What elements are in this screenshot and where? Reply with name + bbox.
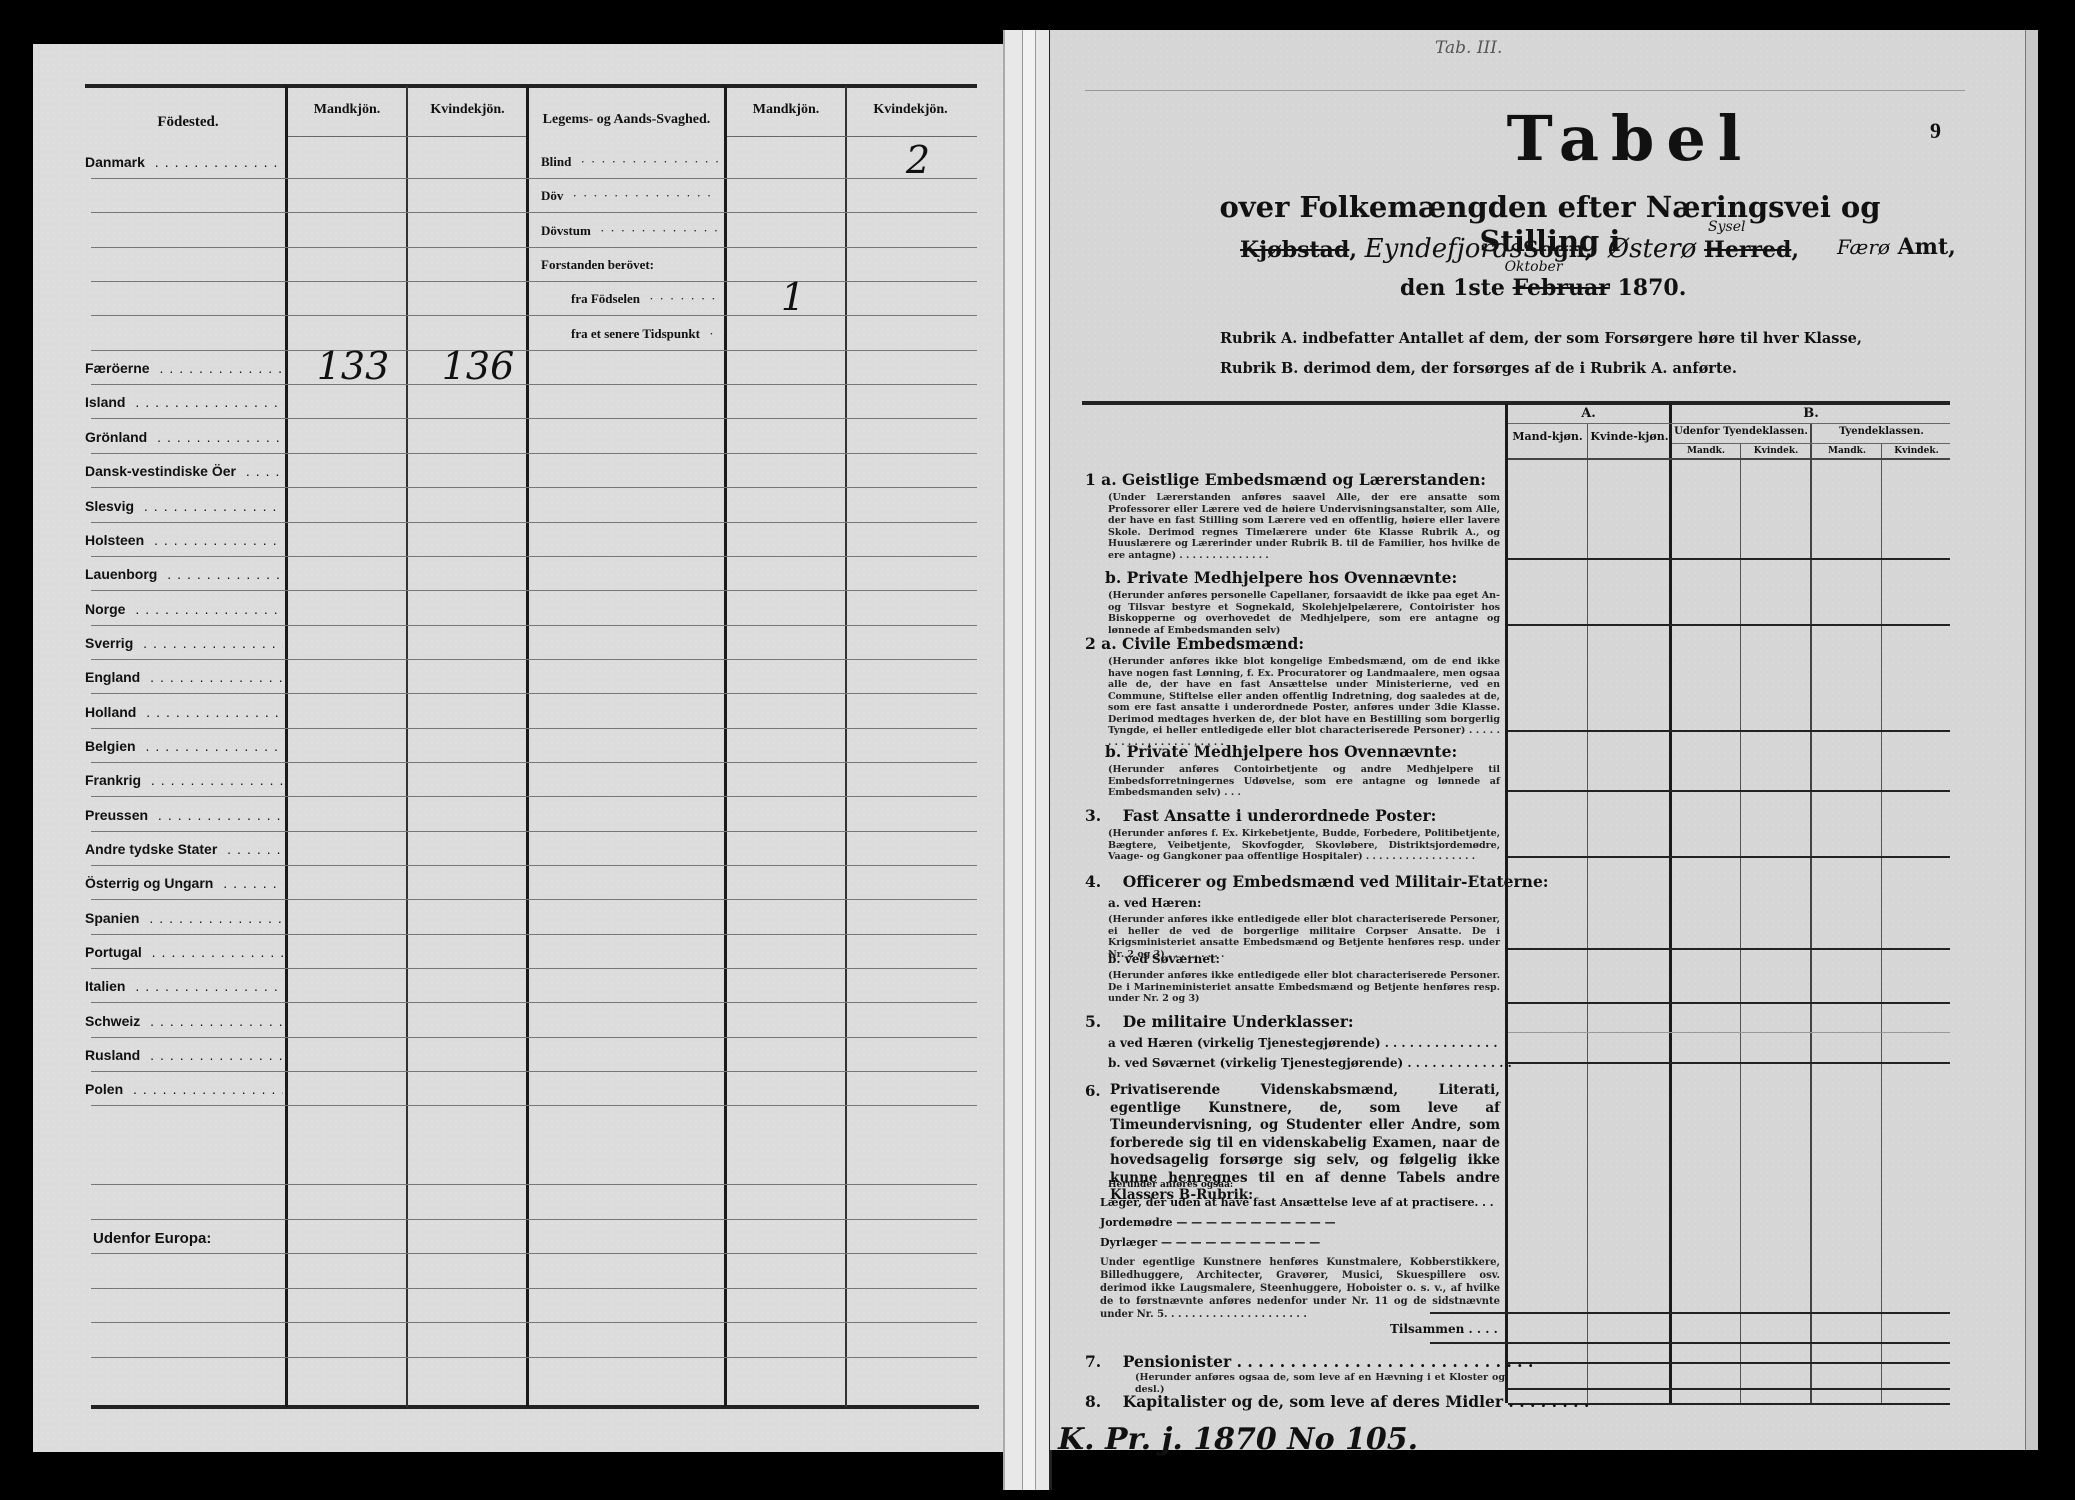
birthplace-label: Dansk-vestindiske Öer ..................…: [85, 463, 283, 479]
col-divider: [1881, 443, 1882, 1403]
birthplace-label: Preussen .................. ············…: [85, 807, 283, 823]
row-rule: [91, 1002, 977, 1003]
column-divider: [285, 86, 288, 1407]
category-number: 2 a.: [1085, 634, 1117, 653]
row-rule: [1508, 1388, 1950, 1390]
leader-dots: ··············: [563, 188, 717, 203]
row-rule: [91, 728, 977, 729]
category-number: 8.: [1085, 1392, 1101, 1411]
left-page-birthplace-table: Födested. Mandkjön. Kvindekjön. Legems- …: [33, 44, 1003, 1452]
birthplace-female-count: 136: [433, 344, 523, 388]
birthplace-label: Italien .................. ·············…: [85, 978, 283, 994]
birthplace-label: Belgien .................. ·············…: [85, 738, 283, 754]
birthplace-label: Færöerne .................. ············…: [85, 360, 283, 376]
header-a-female: Kvinde-kjøn.: [1590, 430, 1669, 443]
category-6-artists-note: Under egentlige Kunstnere henføres Kunst…: [1100, 1256, 1500, 1321]
category-4a: a. ved Hæren:: [1108, 896, 1201, 910]
row-rule: [1508, 624, 1950, 626]
category-8: 8. Kapitalister og de, som leve af deres…: [1085, 1392, 1589, 1411]
row-rule: [91, 418, 977, 419]
birthplace-label: Norge .................. ···············…: [85, 601, 283, 617]
leader-dots: ..................: [150, 360, 283, 376]
row-rule: [91, 865, 977, 866]
month-handwritten: Oktober: [1505, 259, 1563, 275]
birthplace-label: Holland .................. ·············…: [85, 704, 283, 720]
row-rule: [91, 247, 977, 248]
header-female: Kvindekjön.: [409, 102, 526, 118]
category-number: 5.: [1085, 1012, 1101, 1031]
leader-dots: ..................: [140, 1013, 283, 1029]
category-number: 3.: [1085, 806, 1101, 825]
herred-struck: Herred: [1704, 237, 1791, 263]
birthplace-label: Lauenborg .................. ···········…: [85, 566, 283, 582]
row-rule: [91, 350, 977, 351]
category-title: Kapitalister og de, som leve af deres Mi…: [1123, 1392, 1590, 1411]
header-bottom-rule: [1508, 458, 1950, 460]
infirmity-label: fra Födselen ··············: [571, 291, 721, 307]
leader-dots: ..................: [136, 704, 283, 720]
kjobstad-struck: Kjøbstad: [1240, 237, 1349, 263]
leader-dots: ..................: [144, 532, 283, 548]
document-title: Tabel: [1430, 102, 1830, 175]
leader-dots: ··············: [591, 223, 721, 238]
header-rule: [1672, 443, 1950, 444]
infirmity-label: Döv ··············: [541, 188, 721, 204]
row-rule: [91, 1357, 977, 1358]
category-3: 3. Fast Ansatte i underordnede Poster:: [1085, 806, 1436, 825]
leader-dots: ..................: [134, 498, 283, 514]
category-2b: b. Private Medhjelpere hos Ovennævnte:: [1105, 742, 1457, 761]
category-5a: a ved Hæren (virkelig Tjenestegjørende) …: [1108, 1036, 1498, 1050]
row-rule: [1508, 948, 1950, 950]
rubric-note-b: Rubrik B. derimod dem, der forsørges af …: [1220, 360, 1737, 377]
category-note: (Under Lærerstanden anføres saavel Alle,…: [1108, 492, 1500, 561]
herred-handwritten: Østerø: [1608, 234, 1697, 264]
birthplace-label: Holsteen .................. ············…: [85, 532, 283, 548]
row-rule: [91, 1037, 977, 1038]
header-infirmity: Legems- og Aands-Svaghed.: [529, 112, 724, 128]
row-rule: [91, 281, 977, 282]
category-6-total: Tilsammen . . . .: [1390, 1322, 1498, 1336]
row-rule: [1508, 730, 1950, 732]
category-note: (Herunder anføres Contoirbetjente og and…: [1108, 764, 1500, 799]
faint-rule: [1085, 90, 1965, 91]
header-b-outside-male: Mandk.: [1672, 446, 1740, 456]
row-rule: [91, 1219, 977, 1220]
row-rule: [1508, 856, 1950, 858]
leader-dots: ..................: [142, 944, 283, 960]
row-rule: [91, 968, 977, 969]
leader-dots: ..................: [157, 566, 283, 582]
top-rule: [85, 84, 977, 88]
category-6-also-label: Herunder anføres ogsaa:: [1108, 1180, 1233, 1190]
leader-dots: ..................: [148, 807, 283, 823]
category-7: 7. Pensionister . . . . . . . . . . . . …: [1085, 1352, 1533, 1371]
header-birthplace: Födested.: [93, 114, 283, 131]
leader-dots: ..................: [145, 154, 283, 170]
date-prefix: den 1ste: [1400, 275, 1505, 301]
binding-gutter-inner: [1022, 30, 1036, 1490]
leader-dots: ..................: [147, 429, 283, 445]
birthplace-label: Rusland .................. ·············…: [85, 1047, 283, 1063]
column-divider: [724, 86, 727, 1407]
row-rule: [91, 831, 977, 832]
header-male: Mandkjön.: [288, 102, 406, 118]
category-title: Private Medhjelpere hos Ovennævnte:: [1127, 742, 1458, 761]
leader-dots: ··············: [700, 326, 721, 341]
amt-label: Amt,: [1898, 234, 1956, 260]
month-struck: Februar: [1513, 275, 1610, 301]
page-number: 9: [1930, 118, 1941, 144]
row-rule: [91, 1322, 977, 1323]
birthplace-male-count: 133: [308, 344, 398, 388]
row-rule: [1508, 1362, 1950, 1364]
row-rule: [91, 522, 977, 523]
category-note: (Herunder anføres ikke entledigede eller…: [1108, 970, 1500, 1005]
leader-dots: ..................: [125, 601, 283, 617]
birthplace-label: Grönland .................. ············…: [85, 429, 283, 445]
leader-dots: ..................: [140, 1047, 283, 1063]
header-underline: [288, 136, 526, 137]
row-rule: [1430, 1312, 1950, 1314]
birthplace-label: Island .................. ··············…: [85, 394, 283, 410]
row-rule: [91, 762, 977, 763]
birthplace-label: Polen .................. ···············…: [85, 1081, 283, 1097]
leader-dots: ..................: [125, 394, 283, 410]
category-6-item: Jordemødre — — — — — — — — — — —: [1100, 1216, 1336, 1229]
birthplace-label: Danmark .................. ·············…: [85, 154, 283, 170]
row-rule: [91, 659, 977, 660]
header-b-servant-female: Kvindek.: [1883, 446, 1950, 456]
birthplace-label: Schweiz .................. ·············…: [85, 1013, 283, 1029]
amt-handwritten: Færø: [1837, 235, 1890, 259]
row-rule: [91, 556, 977, 557]
header-b-outside: Udenfor Tyendeklassen.: [1672, 426, 1810, 437]
header-infirmity-male: Mandkjön.: [727, 102, 845, 118]
row-rule: [91, 178, 977, 179]
leader-dots: ..................: [123, 1081, 283, 1097]
row-rule: [91, 315, 977, 316]
header-b-servant-male: Mandk.: [1813, 446, 1881, 456]
herred-overwrite: Sysel: [1708, 219, 1745, 235]
header-b-servant: Tyendeklassen.: [1813, 426, 1950, 437]
row-rule: [91, 899, 977, 900]
table-top-rule: [1082, 401, 1950, 405]
column-divider: [526, 86, 529, 1407]
row-rule: [91, 1105, 977, 1106]
amt-line: Færø Amt,: [1837, 234, 1956, 260]
row-rule: [1508, 1062, 1950, 1064]
leader-dots: ..................: [139, 910, 283, 926]
category-6-item: Læger, der uden at have fast Ansættelse …: [1100, 1196, 1494, 1209]
birthplace-label: Spanien .................. ·············…: [85, 910, 283, 926]
leader-dots: ..................: [213, 875, 283, 891]
header-underline: [727, 136, 977, 137]
leader-dots: ..................: [236, 463, 283, 479]
birthplace-label: Andre tydske Stater .................. ·…: [85, 841, 283, 857]
infirmity-label: Dövstum ··············: [541, 223, 721, 239]
leader-dots: ..................: [140, 669, 283, 685]
birthplace-label: Österrig og Ungarn .................. ··…: [85, 875, 283, 891]
category-4: 4. Officerer og Embedsmænd ved Militair-…: [1085, 872, 1549, 891]
leader-dots: ..................: [136, 738, 283, 754]
infirmity-label: Blind ··············: [541, 154, 721, 170]
category-6-number: 6.: [1085, 1082, 1101, 1100]
row-rule: [91, 1071, 977, 1072]
category-number: 1 a.: [1085, 470, 1117, 489]
header-b-outside-female: Kvindek.: [1742, 446, 1810, 456]
row-rule: [1508, 558, 1950, 560]
category-title: Private Medhjelpere hos Ovennævnte:: [1127, 568, 1458, 587]
category-5: 5. De militaire Underklasser:: [1085, 1012, 1354, 1031]
archive-reference: K. Pr. j. 1870 No 105.: [1058, 1422, 1418, 1457]
header-b: B.: [1672, 406, 1950, 421]
row-rule: [91, 487, 977, 488]
birthplace-label: Sverrig .................. ·············…: [85, 635, 283, 651]
category-title: Geistlige Embedsmænd og Lærerstanden:: [1122, 470, 1486, 489]
category-note: (Herunder anføres personelle Capellaner,…: [1108, 590, 1500, 636]
row-rule: [91, 1184, 977, 1185]
row-rule: [1508, 790, 1950, 792]
header-a-male: Mand-kjøn.: [1508, 430, 1587, 443]
category-title: Civile Embedsmænd:: [1122, 634, 1304, 653]
header-a: A.: [1508, 406, 1669, 421]
category-note: (Herunder anføres ikke blot kongelige Em…: [1108, 656, 1500, 748]
row-subrule: [1508, 1032, 1950, 1033]
birthplace-label: Portugal .................. ············…: [85, 944, 283, 960]
col-divider: [1810, 423, 1812, 1403]
column-divider: [406, 86, 408, 1407]
date-line: den 1ste FebruarOktober 1870.: [1400, 275, 1686, 301]
header-infirmity-female: Kvindekjön.: [848, 102, 973, 118]
col-divider: [1587, 423, 1588, 1403]
row-rule: [91, 590, 977, 591]
row-rule: [91, 1288, 977, 1289]
sogn-handwritten: Eyndefjords: [1365, 234, 1523, 264]
infirmity-label: Forstanden berövet:: [541, 257, 721, 273]
category-title: Officerer og Embedsmænd ved Militair-Eta…: [1123, 872, 1549, 891]
row-rule: [91, 934, 977, 935]
col-divider-ab: [1669, 403, 1672, 1403]
birthplace-label: Frankrig .................. ············…: [85, 772, 283, 788]
leader-dots: ..................: [125, 978, 283, 994]
infirmity-female-count: 2: [873, 138, 963, 182]
row-rule: [91, 625, 977, 626]
category-5b: b. ved Søværnet (virkelig Tjenestegjøren…: [1108, 1056, 1512, 1070]
archive-mark: Tab. III.: [1435, 38, 1502, 58]
header-rule: [1508, 423, 1950, 424]
category-1a: 1 a. Geistlige Embedsmænd og Lærerstande…: [1085, 470, 1486, 489]
leader-dots: ..................: [141, 772, 283, 788]
row-rule: [91, 384, 977, 385]
rubric-note-a: Rubrik A. indbefatter Antallet af dem, d…: [1220, 330, 1862, 347]
outside-europe-label: Udenfor Europa:: [93, 1230, 211, 1247]
leader-dots: ..................: [217, 841, 283, 857]
row-rule: [91, 1253, 977, 1254]
row-rule: [91, 693, 977, 694]
category-title: Pensionister . . . . . . . . . . . . . .…: [1123, 1352, 1534, 1371]
date-year: 1870.: [1617, 275, 1686, 301]
category-2a: 2 a. Civile Embedsmænd:: [1085, 634, 1304, 653]
category-4b: b. ved Søværnet:: [1108, 952, 1220, 966]
leader-dots: ··············: [571, 154, 721, 169]
row-rule: [1508, 1002, 1950, 1004]
category-1b: b. Private Medhjelpere hos Ovennævnte:: [1105, 568, 1457, 587]
category-title: De militaire Underklasser:: [1123, 1012, 1354, 1031]
row-rule: [91, 453, 977, 454]
page-edge: [2025, 30, 2038, 1450]
column-divider: [845, 86, 847, 1407]
right-page-occupation-table: Tab. III. 9 Tabel over Folkemængden efte…: [1050, 30, 2025, 1450]
category-note: (Herunder anføres f. Ex. Kirkebetjente, …: [1108, 828, 1500, 863]
col-divider: [1740, 443, 1741, 1403]
birthplace-label: England .................. ·············…: [85, 669, 283, 685]
category-number: 7.: [1085, 1352, 1101, 1371]
leader-dots: ··············: [640, 291, 721, 306]
category-number: b.: [1105, 742, 1121, 761]
leader-dots: ..................: [133, 635, 283, 651]
row-rule: [1430, 1342, 1950, 1344]
row-rule: [91, 796, 977, 797]
infirmity-male-count: 1: [748, 275, 838, 319]
birthplace-label: Slesvig .................. ·············…: [85, 498, 283, 514]
col-divider-label: [1505, 403, 1508, 1403]
category-title: Fast Ansatte i underordnede Poster:: [1123, 806, 1437, 825]
category-6-item: Dyrlæger — — — — — — — — — — —: [1100, 1236, 1320, 1249]
infirmity-label: fra et senere Tidspunkt ··············: [571, 326, 721, 342]
category-number: 4.: [1085, 872, 1101, 891]
row-rule: [91, 212, 977, 213]
category-number: b.: [1105, 568, 1121, 587]
